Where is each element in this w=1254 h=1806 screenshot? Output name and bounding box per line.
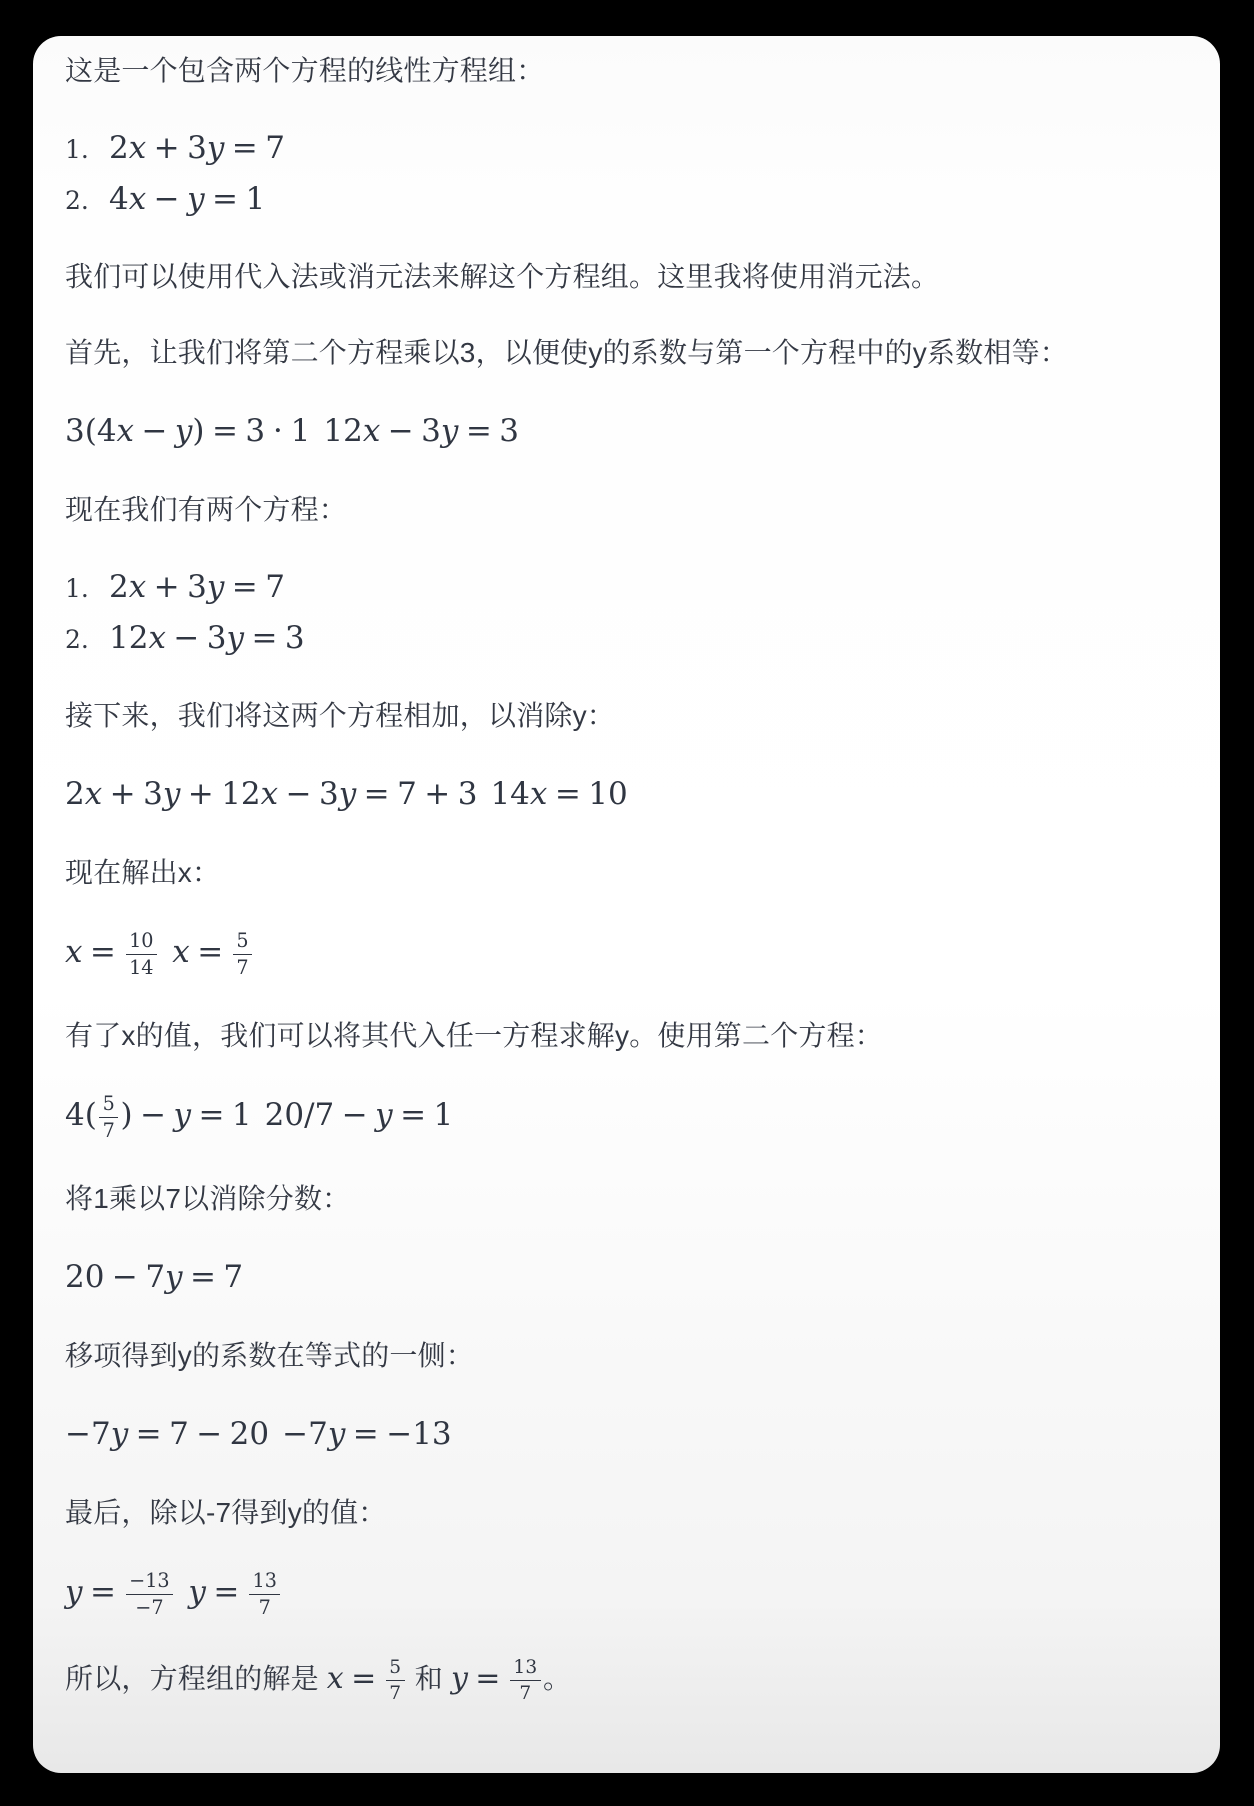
math-variable: y	[441, 413, 459, 449]
math-number: 1	[245, 181, 265, 217]
math-number: 7	[265, 569, 285, 605]
math-variable: y	[111, 1416, 129, 1452]
math-expression: y=−13−7y=137	[65, 1574, 283, 1610]
math-number: 12	[323, 413, 362, 449]
math-variable: x	[363, 413, 380, 449]
math-variable: y	[175, 413, 193, 449]
math-operator: −	[342, 1097, 368, 1133]
fraction-denominator: 7	[510, 1681, 541, 1704]
fraction: −13−7	[126, 1570, 173, 1619]
math-operator: =	[212, 181, 238, 217]
math-variable: x	[65, 934, 82, 970]
math-variable: y	[174, 1097, 192, 1133]
math-operator: =	[364, 776, 390, 812]
math-number: 3	[207, 620, 227, 656]
math-operator: +	[110, 776, 136, 812]
math-number: 3	[319, 776, 339, 812]
math-variable: x	[117, 413, 134, 449]
math-number: 20	[65, 1259, 104, 1295]
math-operator: +	[188, 776, 214, 812]
math-operator: =	[198, 1097, 224, 1133]
math-variable: x	[327, 1661, 344, 1696]
math-variable: x	[148, 620, 165, 656]
math-expression: y=137	[451, 1661, 543, 1696]
equation-list: 1.2x+3y=72.4x−y=1	[65, 128, 1188, 220]
paragraph: 有了x的值，我们可以将其代入任一方程求解y。使用第二个方程：	[65, 1017, 1188, 1055]
math-expression: x=1014x=57	[65, 934, 254, 970]
math-block: 3(4x−y)=3⋅112x−3y=3	[65, 410, 1188, 453]
equation-list-item: 2.12x−3y=3	[65, 618, 1188, 659]
math-number: 7	[397, 776, 417, 812]
math-variable: x	[129, 130, 146, 166]
math-variable: y	[339, 776, 357, 812]
math-operator: −	[173, 620, 199, 656]
math-block: y=−13−7y=137	[65, 1570, 1188, 1619]
math-number: 2	[109, 569, 129, 605]
paragraph: 现在我们有两个方程：	[65, 491, 1188, 529]
math-variable: x	[530, 776, 547, 812]
fraction: 137	[510, 1657, 541, 1704]
math-number: 3	[187, 130, 207, 166]
math-block: 20−7y=7	[65, 1256, 1188, 1299]
math-operator: −	[154, 181, 180, 217]
math-block: −7y=7−20−7y=−13	[65, 1413, 1188, 1456]
list-marker: 2.	[65, 623, 109, 656]
math-operator: =	[400, 1097, 426, 1133]
math-operator: =	[232, 569, 258, 605]
math-block: 2x+3y+12x−3y=7+314x=10	[65, 773, 1188, 816]
math-operator: =	[213, 1574, 239, 1610]
math-operator: =	[353, 1416, 379, 1452]
math-operator: −	[286, 776, 312, 812]
math-operator: =	[466, 413, 492, 449]
math-number: )	[192, 413, 204, 449]
list-marker: 1.	[65, 572, 109, 605]
math-expression: 4x−y=1	[109, 179, 265, 220]
math-operator: −	[196, 1416, 222, 1452]
paragraph: 将1乘以7以消除分数：	[65, 1180, 1188, 1218]
fraction-numerator: 13	[249, 1570, 280, 1595]
paragraph-text: 所以，方程组的解是	[65, 1663, 327, 1694]
math-expression: −7y=7−20−7y=−13	[65, 1416, 452, 1452]
math-number: 3	[187, 569, 207, 605]
math-operator: +	[424, 776, 450, 812]
math-number: 14	[490, 776, 529, 812]
equation-list: 1.2x+3y=72.12x−3y=3	[65, 567, 1188, 659]
math-expression: 2x+3y+12x−3y=7+314x=10	[65, 776, 628, 812]
list-marker: 2.	[65, 184, 109, 217]
fraction-numerator: −13	[126, 1570, 173, 1595]
paragraph: 首先，让我们将第二个方程乘以3，以便使y的系数与第一个方程中的y系数相等：	[65, 334, 1188, 372]
paragraph: 最后，除以-7得到y的值：	[65, 1494, 1188, 1532]
math-variable: y	[163, 776, 181, 812]
math-operator: −	[112, 1259, 138, 1295]
math-number: 7	[145, 1259, 165, 1295]
fraction: 57	[386, 1657, 405, 1704]
paragraph: 接下来，我们将这两个方程相加，以消除y：	[65, 697, 1188, 735]
fraction: 137	[249, 1570, 280, 1619]
fraction-denominator: 7	[233, 955, 252, 979]
math-operator: +	[154, 569, 180, 605]
math-number: 7	[169, 1416, 189, 1452]
math-number: 3	[458, 776, 478, 812]
math-operator: =	[212, 413, 238, 449]
fraction-denominator: −7	[126, 1595, 173, 1619]
fraction-denominator: 7	[99, 1118, 118, 1142]
fraction-numerator: 5	[99, 1093, 118, 1118]
paragraph-with-math: 所以，方程组的解是 x=57 和 y=137。	[65, 1657, 1188, 1704]
fraction-numerator: 5	[386, 1657, 405, 1681]
math-number: )	[121, 1097, 133, 1133]
equation-list-item: 1.2x+3y=7	[65, 128, 1188, 169]
fraction: 57	[233, 930, 252, 979]
message-content: 这是一个包含两个方程的线性方程组：1.2x+3y=72.4x−y=1我们可以使用…	[65, 52, 1188, 1704]
math-number: 7	[223, 1259, 243, 1295]
assistant-message-card: 这是一个包含两个方程的线性方程组：1.2x+3y=72.4x−y=1我们可以使用…	[33, 36, 1220, 1773]
math-expression: 2x+3y=7	[109, 567, 285, 608]
math-expression: 3(4x−y)=3⋅112x−3y=3	[65, 413, 519, 449]
math-operator: =	[232, 130, 258, 166]
math-number: 1	[232, 1097, 252, 1133]
math-variable: y	[451, 1661, 468, 1696]
math-operator: =	[475, 1661, 500, 1696]
math-operator: =	[90, 934, 116, 970]
paragraph: 这是一个包含两个方程的线性方程组：	[65, 52, 1188, 90]
equation-list-item: 2.4x−y=1	[65, 179, 1188, 220]
math-expression: 12x−3y=3	[109, 618, 305, 659]
fraction-denominator: 14	[126, 955, 157, 979]
math-variable: y	[207, 130, 225, 166]
math-variable: x	[261, 776, 278, 812]
math-variable: y	[188, 1574, 206, 1610]
math-number: 12	[221, 776, 260, 812]
paragraph: 移项得到y的系数在等式的一侧：	[65, 1337, 1188, 1375]
math-number: 1	[291, 413, 311, 449]
math-operator: ⋅	[273, 413, 284, 449]
math-number: 4	[109, 181, 129, 217]
math-operator: +	[154, 130, 180, 166]
math-variable: y	[375, 1097, 393, 1133]
math-number: 4(	[65, 1097, 97, 1133]
math-operator: =	[197, 934, 223, 970]
math-variable: x	[129, 569, 146, 605]
math-operator: =	[90, 1574, 116, 1610]
fraction-denominator: 7	[249, 1595, 280, 1619]
paragraph: 现在解出x：	[65, 854, 1188, 892]
math-variable: y	[165, 1259, 183, 1295]
math-number: −7	[282, 1416, 328, 1452]
math-number: 3	[499, 413, 519, 449]
math-variable: x	[85, 776, 102, 812]
math-number: −7	[65, 1416, 111, 1452]
math-variable: y	[328, 1416, 346, 1452]
math-expression: x=57	[327, 1661, 407, 1696]
math-number: 1	[434, 1097, 454, 1133]
math-variable: y	[65, 1574, 83, 1610]
math-number: 3	[285, 620, 305, 656]
math-number: 3	[245, 413, 265, 449]
fraction-numerator: 5	[233, 930, 252, 955]
math-number: 3(4	[65, 413, 117, 449]
math-operator: =	[351, 1661, 376, 1696]
math-number: −13	[386, 1416, 451, 1452]
math-number: 3	[143, 776, 163, 812]
math-variable: x	[172, 934, 189, 970]
math-number: 20	[230, 1416, 269, 1452]
math-operator: =	[251, 620, 277, 656]
math-number: 2	[65, 776, 85, 812]
math-operator: =	[555, 776, 581, 812]
math-operator: =	[190, 1259, 216, 1295]
math-number: 10	[588, 776, 627, 812]
math-expression: 2x+3y=7	[109, 128, 285, 169]
fraction-numerator: 10	[126, 930, 157, 955]
math-variable: x	[129, 181, 146, 217]
paragraph: 我们可以使用代入法或消元法来解这个方程组。这里我将使用消元法。	[65, 258, 1188, 296]
screen: 这是一个包含两个方程的线性方程组：1.2x+3y=72.4x−y=1我们可以使用…	[0, 0, 1254, 1806]
math-operator: =	[136, 1416, 162, 1452]
fraction: 57	[99, 1093, 118, 1142]
math-number: 2	[109, 130, 129, 166]
fraction-numerator: 13	[510, 1657, 541, 1681]
paragraph-text: 和	[407, 1663, 451, 1694]
math-number: 7	[265, 130, 285, 166]
math-operator: −	[388, 413, 414, 449]
math-expression: 4(57)−y=120/7−y=1	[65, 1097, 453, 1133]
fraction: 1014	[126, 930, 157, 979]
math-expression: 20−7y=7	[65, 1259, 243, 1295]
math-block: x=1014x=57	[65, 930, 1188, 979]
fraction-denominator: 7	[386, 1681, 405, 1704]
list-marker: 1.	[65, 133, 109, 166]
math-operator: −	[140, 1097, 166, 1133]
math-variable: y	[187, 181, 205, 217]
math-variable: y	[207, 569, 225, 605]
math-block: 4(57)−y=120/7−y=1	[65, 1093, 1188, 1142]
math-number: 12	[109, 620, 148, 656]
math-number: 20/7	[265, 1097, 335, 1133]
math-variable: y	[227, 620, 245, 656]
math-number: 3	[421, 413, 441, 449]
paragraph-text: 。	[543, 1663, 571, 1694]
equation-list-item: 1.2x+3y=7	[65, 567, 1188, 608]
math-operator: −	[141, 413, 167, 449]
